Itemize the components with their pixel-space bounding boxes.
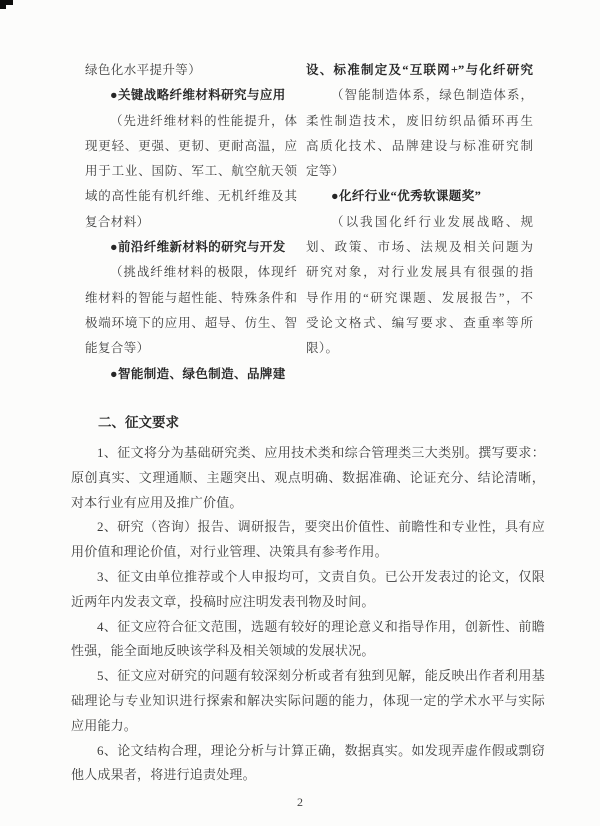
topic-line: 复合材料）	[85, 210, 297, 235]
topic-line: （以我国化纤行业发展战略、规	[306, 210, 533, 235]
topic-line: 受论文格式、编写要求、查重率等所	[306, 311, 533, 336]
topic-line: 维材料的智能与超性能、特殊条件和	[85, 286, 297, 311]
requirement-paragraph: 1、征文将分为基础研究类、应用技术类和综合管理类三大类别。撰写要求：原创真实、文…	[71, 441, 545, 515]
topic-line: ●智能制造、绿色制造、品牌建	[85, 362, 297, 387]
requirement-paragraph: 5、征文应对研究的问题有较深刻分析或者有独到见解，能反映出作者利用基础理论与专业…	[71, 664, 545, 738]
topic-line: （先进纤维材料的性能提升，体	[85, 109, 297, 134]
requirement-paragraph: 6、论文结构合理，理论分析与计算正确，数据真实。如发现弄虚作假或剽窃他人成果者，…	[71, 739, 545, 789]
topic-line: 限）。	[306, 336, 533, 361]
scan-corner-artifact	[0, 0, 13, 5]
topic-line: 域的高性能有机纤维、无机纤维及其	[85, 184, 297, 209]
topics-left-column: 绿色化水平提升等）●关键战略纤维材料研究与应用（先进纤维材料的性能提升，体现更轻…	[85, 58, 297, 387]
topic-line: 能复合等）	[85, 336, 297, 361]
topic-line: 设、标准制定及“互联网+”与化纤研究	[306, 58, 533, 83]
requirement-paragraph: 3、征文由单位推荐或个人申报均可，文责自负。已公开发表过的论文，仅限近两年内发表…	[71, 565, 545, 615]
topic-line: （智能制造体系，绿色制造体系，	[306, 83, 533, 108]
topic-line: 用于工业、国防、军工、航空航天领	[85, 159, 297, 184]
requirement-paragraph: 2、研究（咨询）报告、调研报告，要突出价值性、前瞻性和专业性，具有应用价值和理论…	[71, 515, 545, 565]
topic-line: 现更轻、更强、更韧、更耐高温，应	[85, 134, 297, 159]
section-heading: 二、征文要求	[71, 410, 545, 435]
requirements-section: 二、征文要求 1、征文将分为基础研究类、应用技术类和综合管理类三大类别。撰写要求…	[71, 410, 545, 788]
topic-line: 绿色化水平提升等）	[85, 58, 297, 83]
topic-line: 定等）	[306, 159, 533, 184]
topic-line: 划、政策、市场、法规及相关问题为	[306, 235, 533, 260]
topic-line: （挑战纤维材料的极限，体现纤	[85, 260, 297, 285]
page-number: 2	[0, 795, 600, 810]
topic-line: ●关键战略纤维材料研究与应用	[85, 83, 297, 108]
topic-line: 高质化技术、品牌建设与标准研究制	[306, 134, 533, 159]
requirements-paragraphs: 1、征文将分为基础研究类、应用技术类和综合管理类三大类别。撰写要求：原创真实、文…	[71, 441, 545, 788]
topic-line: 柔性制造技术，废旧纺织品循环再生	[306, 109, 533, 134]
topic-line: 导作用的“研究课题、发展报告”，不	[306, 286, 533, 311]
scanned-document-page: 绿色化水平提升等）●关键战略纤维材料研究与应用（先进纤维材料的性能提升，体现更轻…	[0, 0, 600, 826]
topic-line: ●化纤行业“优秀软课题奖”	[306, 184, 533, 209]
topic-line: 研究对象，对行业发展具有很强的指	[306, 260, 533, 285]
topics-two-column-block: 绿色化水平提升等）●关键战略纤维材料研究与应用（先进纤维材料的性能提升，体现更轻…	[85, 58, 533, 387]
topic-line: 极端环境下的应用、超导、仿生、智	[85, 311, 297, 336]
topic-line: ●前沿纤维新材料的研究与开发	[85, 235, 297, 260]
topics-right-column: 设、标准制定及“互联网+”与化纤研究（智能制造体系，绿色制造体系，柔性制造技术，…	[306, 58, 533, 387]
requirement-paragraph: 4、征文应符合征文范围，选题有较好的理论意义和指导作用，创新性、前瞻性强，能全面…	[71, 615, 545, 665]
